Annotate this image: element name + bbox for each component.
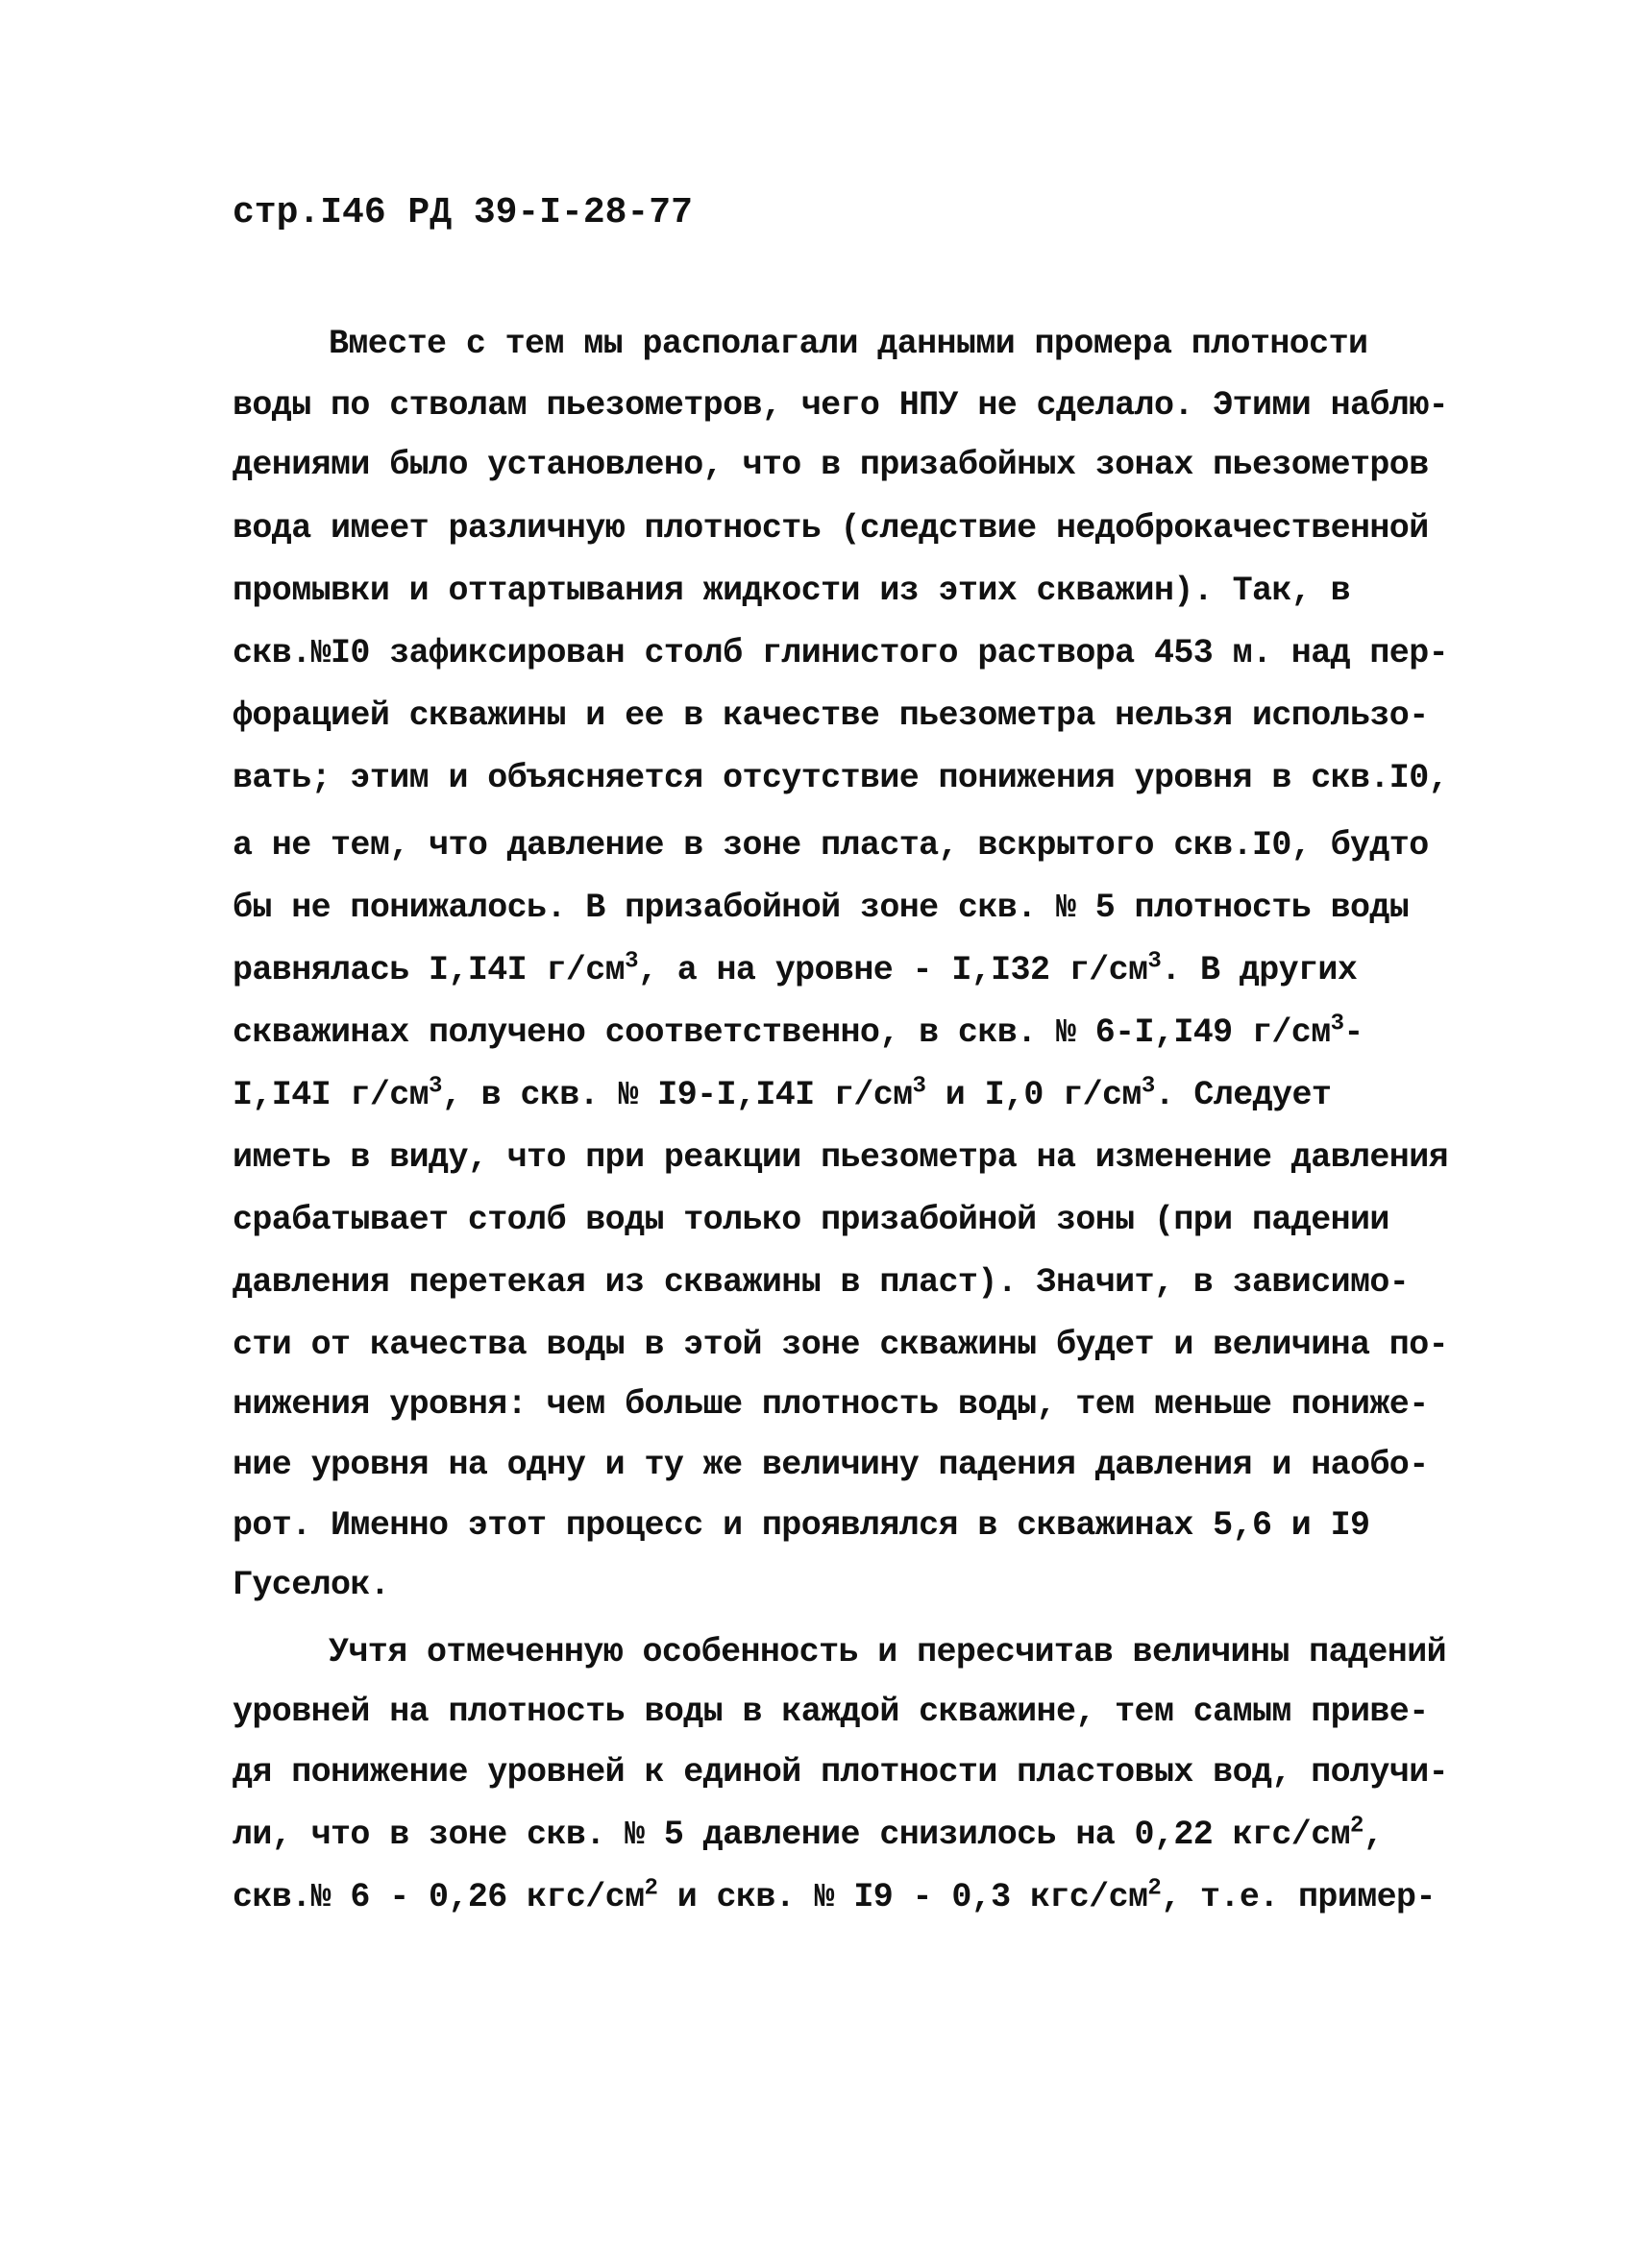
text-line: форацией скважины и ее в качестве пьезом… — [233, 696, 1429, 735]
text-line: Вместе с тем мы располагали данными пром… — [329, 325, 1367, 363]
text-line: сти от качества воды в этой зоне скважин… — [233, 1326, 1448, 1364]
text-line: скважинах получено соответственно, в скв… — [233, 1013, 1363, 1052]
superscript: 3 — [625, 948, 638, 974]
text-line: срабатывает столб воды только призабойно… — [233, 1201, 1389, 1239]
text-line: нижения уровня: чем больше плотность вод… — [233, 1385, 1429, 1424]
text-line: вать; этим и объясняется отсутствие пони… — [233, 759, 1448, 797]
text-line: Учтя отмеченную особенность и пересчитав… — [329, 1633, 1446, 1671]
text-line: скв.№ 6 - 0,26 кгс/см2 и скв. № I9 - 0,3… — [233, 1878, 1436, 1916]
superscript: 2 — [1350, 1813, 1363, 1839]
superscript: 3 — [1142, 1073, 1155, 1099]
text-line: промывки и оттартывания жидкости из этих… — [233, 572, 1350, 610]
text-line: бы не понижалось. В призабойной зоне скв… — [233, 889, 1409, 927]
text-line: рот. Именно этот процесс и проявлялся в … — [233, 1506, 1369, 1545]
text-line: скв.№I0 зафиксирован столб глинистого ра… — [233, 634, 1448, 672]
text-line: уровней на плотность воды в каждой скваж… — [233, 1693, 1429, 1731]
text-line: ние уровня на одну и ту же величину паде… — [233, 1446, 1429, 1484]
text-line: вода имеет различную плотность (следстви… — [233, 509, 1429, 548]
text-line: воды по стволам пьезометров, чего НПУ не… — [233, 386, 1448, 425]
page-header: стр.I46 РД 39-I-28-77 — [233, 192, 693, 233]
superscript: 2 — [644, 1875, 657, 1901]
superscript: 3 — [913, 1073, 926, 1099]
text-line: равнялась I,I4I г/см3, а на уровне - I,I… — [233, 951, 1357, 989]
text-line: дя понижение уровней к единой плотности … — [233, 1753, 1448, 1792]
text-line: дениями было установлено, что в призабой… — [233, 446, 1429, 484]
superscript: 3 — [1147, 948, 1161, 974]
text-line: I,I4I г/см3, в скв. № I9-I,I4I г/см3 и I… — [233, 1076, 1331, 1114]
document-page: стр.I46 РД 39-I-28-77 Вместе с тем мы ра… — [0, 0, 1646, 2268]
superscript: 2 — [1147, 1875, 1161, 1901]
superscript: 3 — [1331, 1011, 1344, 1036]
text-line: Гуселок. — [233, 1566, 389, 1604]
text-line: иметь в виду, что при реакции пьезометра… — [233, 1138, 1448, 1177]
text-line: а не тем, что давление в зоне пласта, вс… — [233, 826, 1429, 865]
text-line: ли, что в зоне скв. № 5 давление снизило… — [233, 1816, 1383, 1854]
text-line: давления перетекая из скважины в пласт).… — [233, 1263, 1409, 1302]
superscript: 3 — [429, 1073, 442, 1099]
